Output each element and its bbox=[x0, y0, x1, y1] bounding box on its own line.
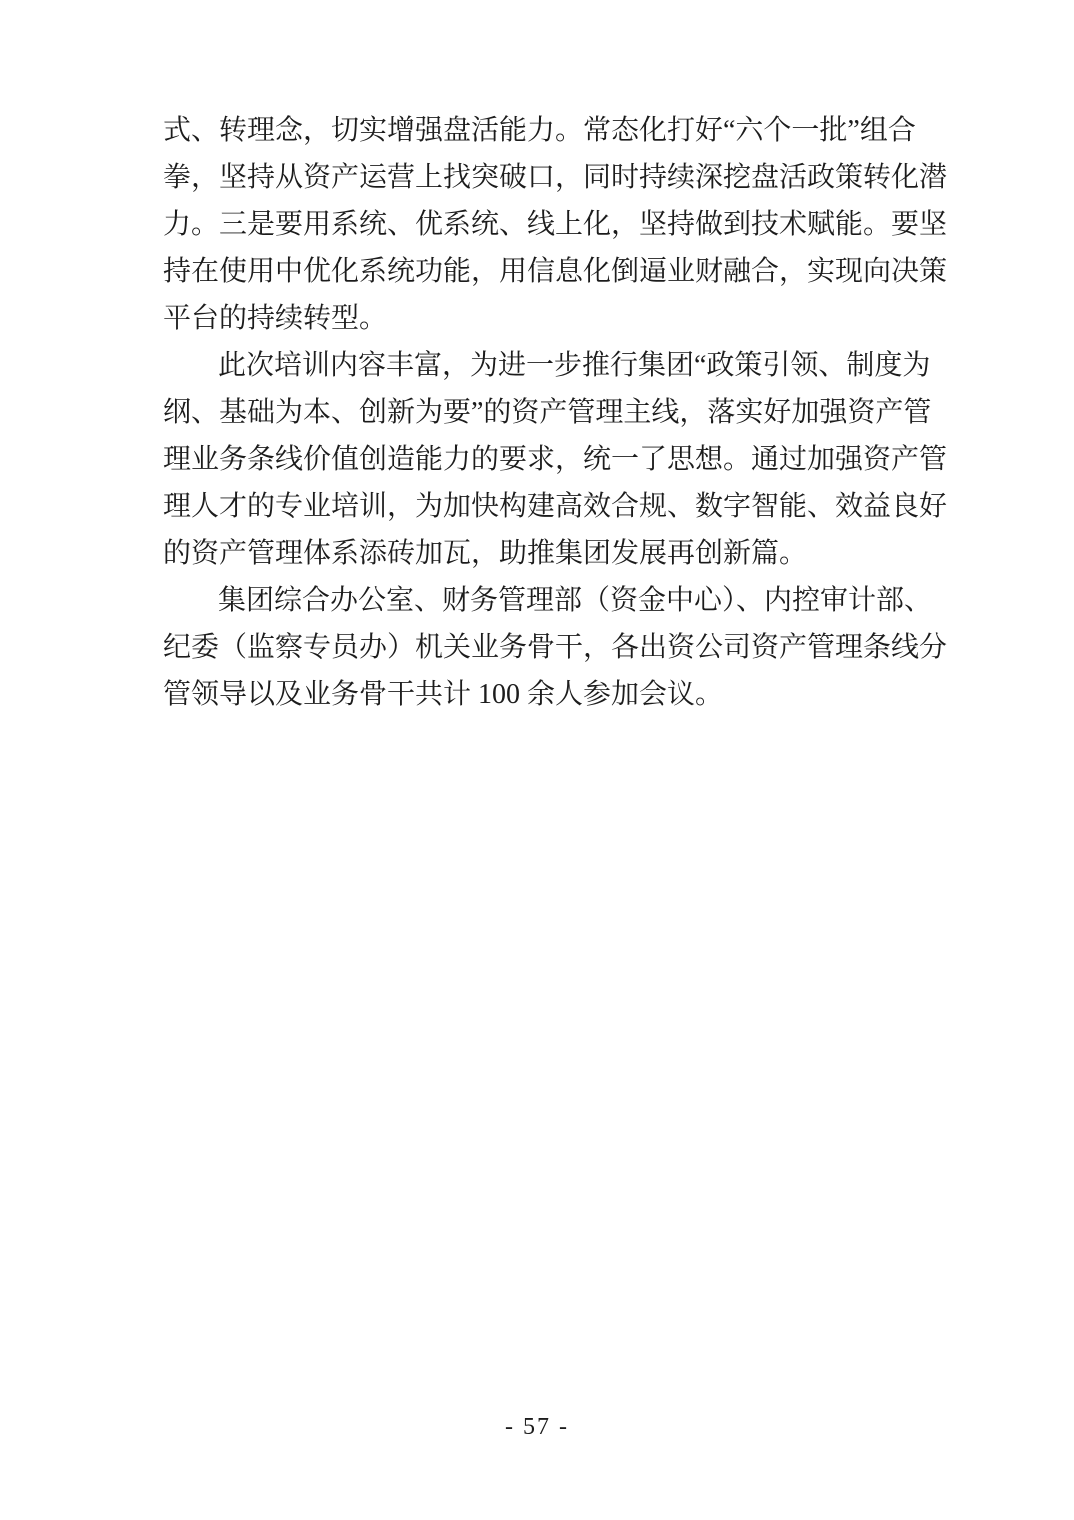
text-line: 管领导以及业务骨干共计 100 余人参加会议。 bbox=[163, 671, 913, 718]
text-line: 的资产管理体系添砖加瓦，助推集团发展再创新篇。 bbox=[163, 530, 913, 577]
text-line: 拳，坚持从资产运营上找突破口，同时持续深挖盘活政策转化潜 bbox=[163, 154, 913, 201]
text-line: 集团综合办公室、财务管理部（资金中心）、内控审计部、 bbox=[163, 577, 913, 624]
text-line: 式、转理念，切实增强盘活能力。常态化打好“六个一批”组合 bbox=[163, 107, 913, 154]
text-line: 纪委（监察专员办）机关业务骨干，各出资公司资产管理条线分 bbox=[163, 624, 913, 671]
text-line: 理人才的专业培训，为加快构建高效合规、数字智能、效益良好 bbox=[163, 483, 913, 530]
paragraph-2: 此次培训内容丰富，为进一步推行集团“政策引领、制度为 纲、基础为本、创新为要”的… bbox=[163, 342, 913, 577]
text-line: 平台的持续转型。 bbox=[163, 295, 913, 342]
document-page: 式、转理念，切实增强盘活能力。常态化打好“六个一批”组合 拳，坚持从资产运营上找… bbox=[0, 0, 1074, 1520]
document-body: 式、转理念，切实增强盘活能力。常态化打好“六个一批”组合 拳，坚持从资产运营上找… bbox=[163, 107, 913, 718]
page-number: - 57 - bbox=[0, 1413, 1074, 1441]
paragraph-3: 集团综合办公室、财务管理部（资金中心）、内控审计部、 纪委（监察专员办）机关业务… bbox=[163, 577, 913, 718]
text-line: 持在使用中优化系统功能，用信息化倒逼业财融合，实现向决策 bbox=[163, 248, 913, 295]
text-line: 理业务条线价值创造能力的要求，统一了思想。通过加强资产管 bbox=[163, 436, 913, 483]
paragraph-1: 式、转理念，切实增强盘活能力。常态化打好“六个一批”组合 拳，坚持从资产运营上找… bbox=[163, 107, 913, 342]
text-line: 力。三是要用系统、优系统、线上化，坚持做到技术赋能。要坚 bbox=[163, 201, 913, 248]
text-line: 纲、基础为本、创新为要”的资产管理主线，落实好加强资产管 bbox=[163, 389, 913, 436]
text-line: 此次培训内容丰富，为进一步推行集团“政策引领、制度为 bbox=[163, 342, 913, 389]
